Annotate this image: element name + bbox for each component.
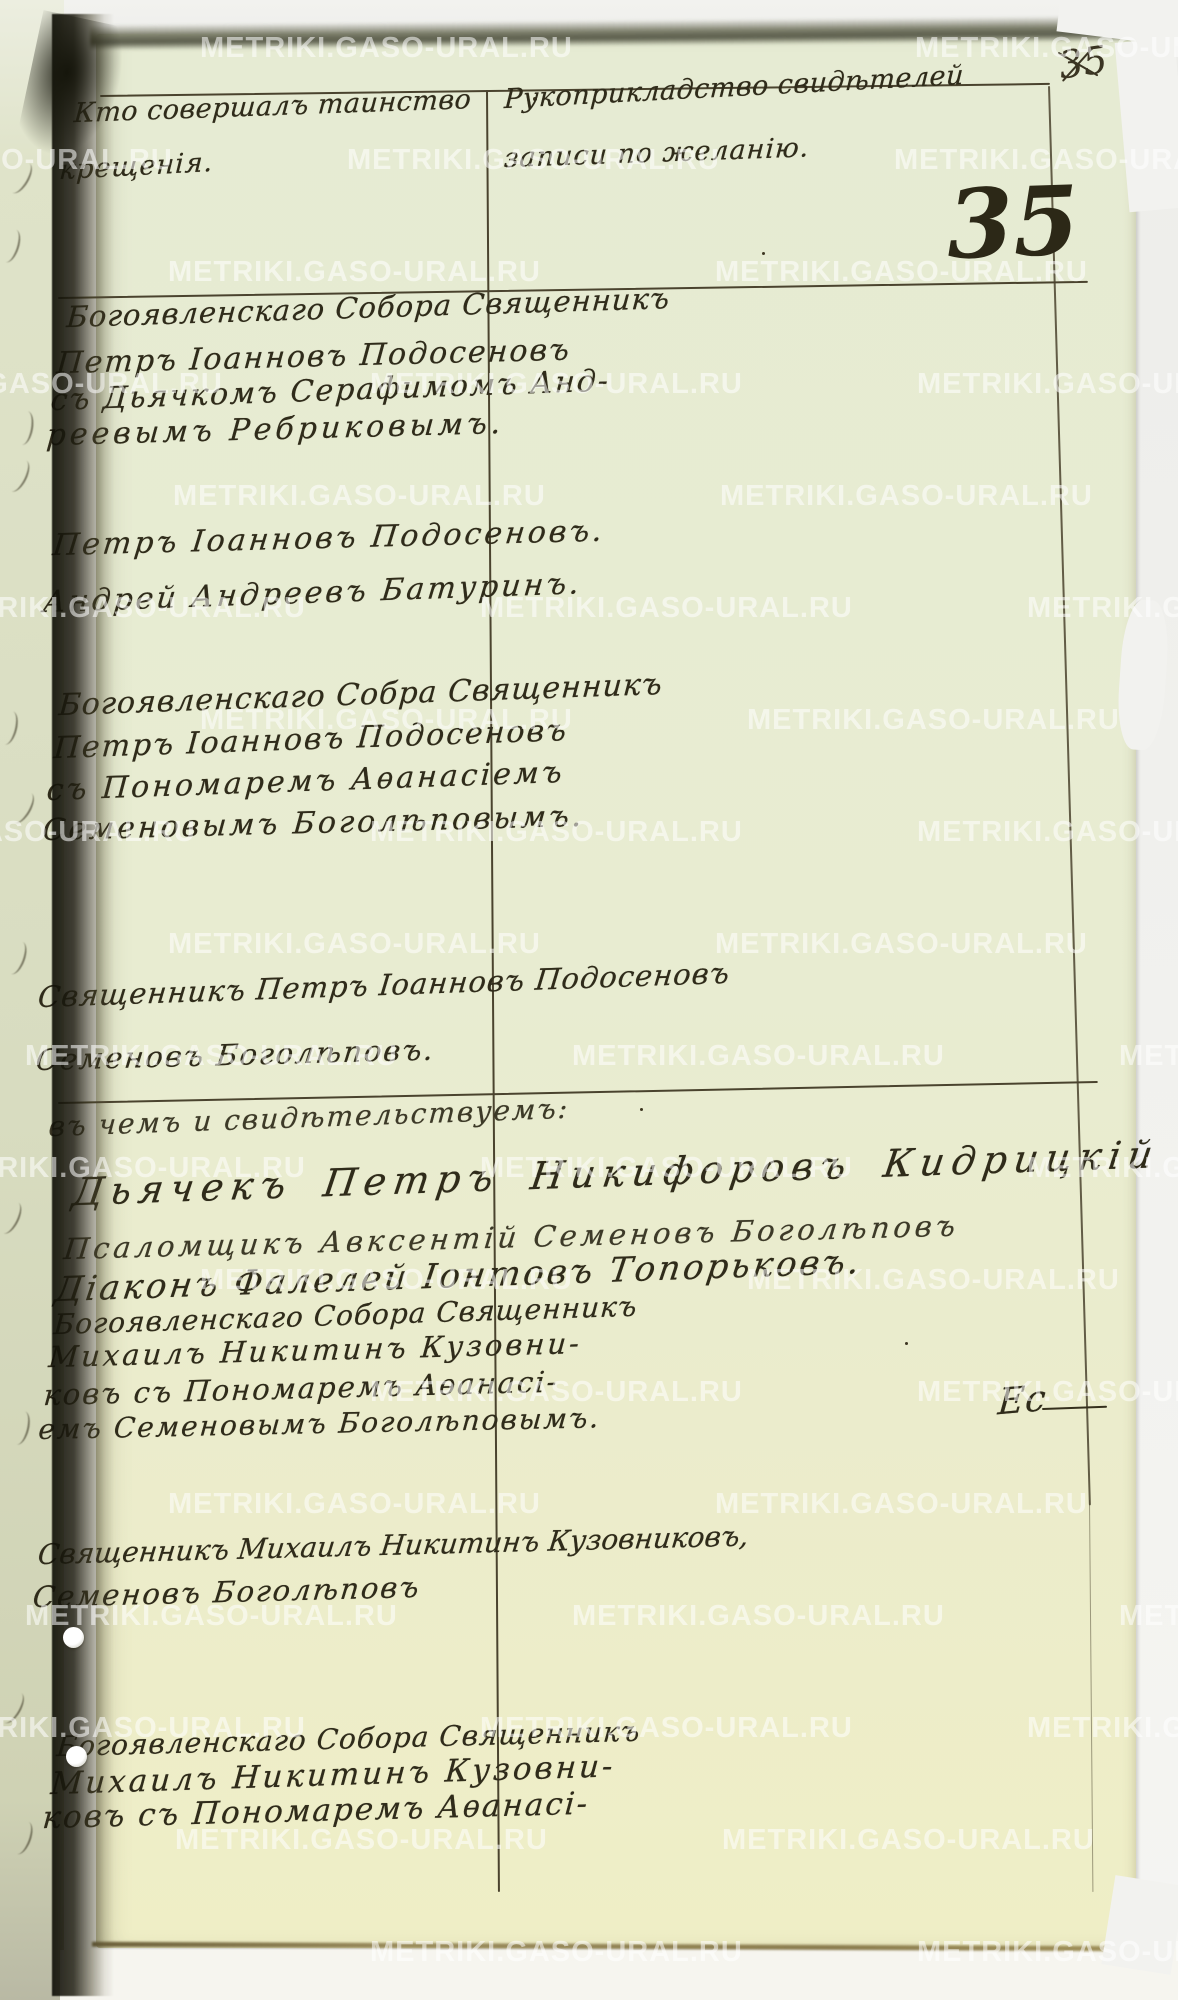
watermark-text: METRIKI.GASO-URAL.RU	[917, 368, 1178, 401]
watermark-text: METRIKI.GASO-URAL.RU	[370, 368, 743, 401]
watermark-text: METRIKI.GASO-URAL.RU	[370, 1936, 743, 1969]
watermark-text: METRIKI.GASO-URAL.RU	[0, 1712, 306, 1745]
watermark-text: METRIKI.GASO-URAL.RU	[715, 1488, 1088, 1521]
watermark-text: METRIKI.GASO-URAL.RU	[1119, 1040, 1178, 1073]
watermark-text: METRIKI.GASO-URAL.RU	[370, 816, 743, 849]
watermark-text: METRIKI.GASO-URAL.RU	[747, 704, 1120, 737]
watermark-text: METRIKI.GASO-URAL.RU	[917, 816, 1178, 849]
watermark-text: METRIKI.GASO-URAL.RU	[747, 1264, 1120, 1297]
watermark-text: METRIKI.GASO-URAL.RU	[25, 1040, 398, 1073]
watermark-text: METRIKI.GASO-URAL.RU	[168, 928, 541, 961]
watermark-text: METRIKI.GASO-URAL.RU	[200, 1264, 573, 1297]
illegible-writing-fragment	[10, 1819, 37, 1856]
watermark-text: METRIKI.GASO-URAL.RU	[1119, 1600, 1178, 1633]
watermark-text: METRIKI.GASO-URAL.RU	[200, 704, 573, 737]
watermark-text: METRIKI.GASO-URAL.RU	[370, 1376, 743, 1409]
watermark-text: METRIKI.GASO-URAL.RU	[0, 1152, 306, 1185]
watermark-text: METRIKI.GASO-URAL.RU	[1027, 1712, 1178, 1745]
watermark-text: METRIKI.GASO-URAL.RU	[572, 1040, 945, 1073]
watermark-text: METRIKI.GASO-URAL.RU	[173, 480, 546, 513]
illegible-writing-fragment	[14, 410, 36, 446]
watermark-text: METRIKI.GASO-URAL.RU	[175, 1824, 548, 1857]
watermark-text: METRIKI.GASO-URAL.RU	[0, 592, 306, 625]
watermark-text: METRIKI.GASO-URAL.RU	[0, 144, 173, 177]
ink-speck	[640, 1108, 643, 1111]
binding-gutter	[52, 14, 114, 1996]
watermark-text: METRIKI.GASO-URAL.RU	[0, 368, 223, 401]
watermark-text: METRIKI.GASO-URAL.RU	[720, 480, 1093, 513]
watermark-text: METRIKI.GASO-URAL.RU	[572, 1600, 945, 1633]
illegible-writing-fragment	[9, 1410, 33, 1447]
illegible-writing-fragment	[0, 1199, 26, 1237]
watermark-text: METRIKI.GASO-URAL.RU	[168, 256, 541, 289]
watermark-text: METRIKI.GASO-URAL.RU	[480, 1152, 853, 1185]
watermark-text: METRIKI.GASO-URAL.RU	[917, 1936, 1178, 1969]
watermark-text: METRIKI.GASO-URAL.RU	[168, 1488, 541, 1521]
watermark-text: METRIKI.GASO-URAL.RU	[1027, 1152, 1178, 1185]
illegible-writing-fragment	[4, 457, 33, 495]
watermark-text: METRIKI.GASO-URAL.RU	[915, 32, 1178, 65]
illegible-writing-fragment	[0, 227, 24, 264]
watermark-text: METRIKI.GASO-URAL.RU	[0, 816, 196, 849]
ink-speck	[905, 1342, 908, 1345]
watermark-text: METRIKI.GASO-URAL.RU	[200, 32, 573, 65]
watermark-text: METRIKI.GASO-URAL.RU	[917, 1376, 1178, 1409]
watermark-text: METRIKI.GASO-URAL.RU	[25, 1600, 398, 1633]
punched-hole	[66, 1746, 87, 1767]
scanned-register-page: Кто совершалъ таинство крещенія. Рукопри…	[0, 0, 1178, 2000]
watermark-text: METRIKI.GASO-URAL.RU	[715, 928, 1088, 961]
watermark-text: METRIKI.GASO-URAL.RU	[1027, 592, 1178, 625]
watermark-text: METRIKI.GASO-URAL.RU	[480, 592, 853, 625]
watermark-text: METRIKI.GASO-URAL.RU	[347, 144, 720, 177]
ink-speck	[762, 252, 765, 255]
illegible-writing-fragment	[4, 939, 31, 976]
illegible-writing-fragment	[0, 710, 21, 747]
watermark-text: METRIKI.GASO-URAL.RU	[715, 256, 1088, 289]
watermark-text: METRIKI.GASO-URAL.RU	[894, 144, 1178, 177]
watermark-text: METRIKI.GASO-URAL.RU	[722, 1824, 1095, 1857]
watermark-text: METRIKI.GASO-URAL.RU	[480, 1712, 853, 1745]
